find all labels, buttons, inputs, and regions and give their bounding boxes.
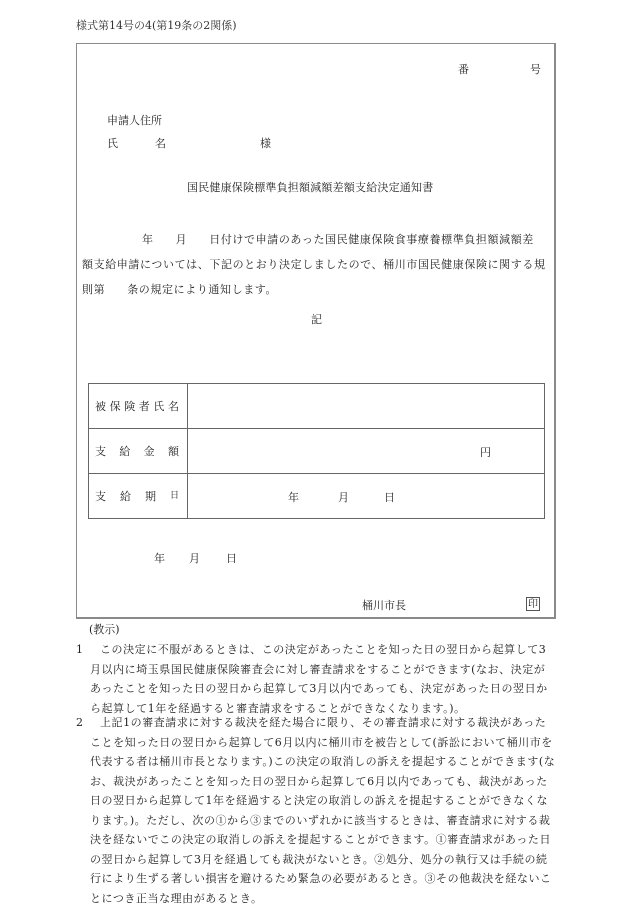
ki-heading: 記 <box>311 314 322 325</box>
table-row-insured-name: 被保険者氏名 <box>89 384 545 429</box>
body-line-1: 年月日付けで申請のあった国民健康保険食事療養標準負担額減額差 <box>82 227 552 252</box>
number-label: 番 <box>458 64 469 75</box>
amount-value: 円 <box>188 429 545 474</box>
table-row-payment-date: 支給期日 年 月 日 <box>89 474 545 519</box>
insured-name-label: 被保険者氏名 <box>89 384 188 429</box>
payment-date-label: 支給期日 <box>89 474 188 519</box>
notice-item-2-number: 2 <box>76 713 84 733</box>
applicant-address-label: 申請人住所 <box>107 115 162 126</box>
body-line-1-text: 日付けで申請のあった国民健康保険食事療養標準負担額減額差 <box>209 233 534 246</box>
payment-month: 月 <box>338 489 349 505</box>
honorific: 様 <box>260 138 271 149</box>
yen-unit: 円 <box>480 444 491 460</box>
body-line-3b: 条の規定により通知します。 <box>127 283 277 296</box>
issuer-name: 桶川市長 <box>362 600 406 611</box>
payment-year: 年 <box>288 489 299 505</box>
table-row-amount: 支給金額 円 <box>89 429 545 474</box>
notice-item-2-text: 上記1の審査請求に対する裁決を経た場合に限り、その審査請求に対する裁決があったこ… <box>76 713 556 908</box>
applicant-name-label-2: 名 <box>155 138 166 149</box>
info-table: 被保険者氏名 支給金額 円 支給期日 年 月 日 <box>88 383 545 519</box>
body-text: 年月日付けで申請のあった国民健康保険食事療養標準負担額減額差 額支給申請について… <box>82 227 552 302</box>
body-month: 月 <box>176 233 188 246</box>
insured-name-value <box>188 384 545 429</box>
payment-date-value: 年 月 日 <box>188 474 545 519</box>
body-year: 年 <box>142 233 154 246</box>
applicant-name-label-1: 氏 <box>107 138 118 149</box>
payment-day: 日 <box>384 489 395 505</box>
notice-item-1-number: 1 <box>76 640 84 660</box>
notice-item-2: 2 上記1の審査請求に対する裁決を経た場合に限り、その審査請求に対する裁決があっ… <box>76 713 556 908</box>
amount-label: 支給金額 <box>89 429 188 474</box>
body-line-3: 則第条の規定により通知します。 <box>82 277 552 302</box>
document-title: 国民健康保険標準負担額減額差額支給決定通知書 <box>187 182 433 193</box>
notice-heading: (教示) <box>89 624 120 635</box>
issue-month: 月 <box>189 553 200 564</box>
notice-item-1: 1 この決定に不服があるときは、この決定があったことを知った日の翌日から起算して… <box>76 640 556 718</box>
issue-year: 年 <box>154 553 165 564</box>
form-id: 様式第14号の4(第19条の2関係) <box>76 20 237 31</box>
body-line-3a: 則第 <box>82 283 105 296</box>
body-line-2: 額支給申請については、下記のとおり決定しましたので、桶川市国民健康保険に関する規 <box>82 252 552 277</box>
number-suffix: 号 <box>530 64 541 75</box>
issue-day: 日 <box>226 553 237 564</box>
notice-frame <box>76 43 556 619</box>
notice-item-1-text: この決定に不服があるときは、この決定があったことを知った日の翌日から起算して3月… <box>76 640 556 718</box>
seal-mark: 印 <box>526 597 540 611</box>
